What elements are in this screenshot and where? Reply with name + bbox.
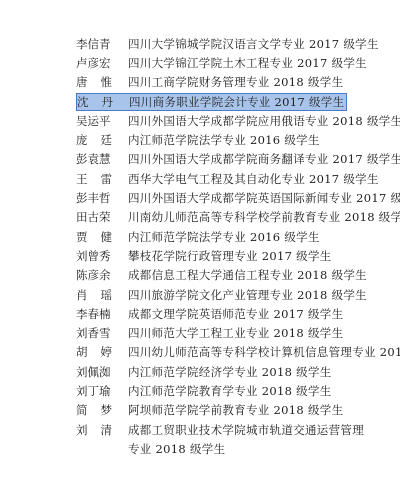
student-name: 贾健 — [76, 229, 128, 245]
list-item: 刘曾秀攀枝花学院行政管理专业 2017 级学生 — [76, 246, 400, 265]
student-description: 攀枝花学院行政管理专业 2017 级学生 — [128, 248, 332, 264]
student-description: 四川大学锦江学院土木工程专业 2017 级学生 — [128, 55, 367, 71]
list-item: 李信青四川大学锦城学院汉语言文学专业 2017 级学生 — [76, 34, 400, 53]
student-list: 李信青四川大学锦城学院汉语言文学专业 2017 级学生卢彦宏四川大学锦江学院土木… — [76, 34, 400, 459]
document-page: 李信青四川大学锦城学院汉语言文学专业 2017 级学生卢彦宏四川大学锦江学院土木… — [0, 0, 400, 487]
student-description: 四川幼儿师范高等专科学校计算机信息管理专业 2018 级学生 — [128, 344, 400, 360]
student-name: 刘曾秀 — [76, 248, 128, 264]
student-name: 刘佩洳 — [76, 364, 128, 380]
student-name: 卢彦宏 — [76, 55, 128, 71]
student-name: 沈丹 — [76, 93, 129, 111]
student-name: 庞廷 — [76, 132, 128, 148]
student-description: 内江师范学院经济学专业 2018 级学生 — [128, 364, 332, 380]
list-item: 刘佩洳内江师范学院经济学专业 2018 级学生 — [76, 362, 400, 381]
list-item: 肖瑶四川旅游学院文化产业管理专业 2018 级学生 — [76, 285, 400, 304]
student-description: 成都工贸职业技术学院城市轨道交通运营管理 — [128, 422, 364, 438]
student-name: 陈彦余 — [76, 267, 128, 283]
list-item: 田古荣川南幼儿师范高等专科学校学前教育专业 2018 级学生 — [76, 208, 400, 227]
student-description: 四川大学锦城学院汉语言文学专业 2017 级学生 — [128, 36, 379, 52]
list-item: 胡婷四川幼儿师范高等专科学校计算机信息管理专业 2018 级学生 — [76, 343, 400, 362]
student-name: 田古荣 — [76, 209, 128, 225]
student-name: 彭丰哲 — [76, 190, 128, 206]
student-name: 李春楠 — [76, 306, 128, 322]
student-description: 内江师范学院教育学专业 2018 级学生 — [128, 383, 332, 399]
student-description: 西华大学电气工程及其自动化专业 2017 级学生 — [128, 171, 379, 187]
list-item: 简梦阿坝师范学院学前教育专业 2018 级学生 — [76, 401, 400, 420]
student-name: 胡婷 — [76, 344, 128, 360]
list-item: 贾健内江师范学院法学专业 2016 级学生 — [76, 227, 400, 246]
list-item: 刘清成都工贸职业技术学院城市轨道交通运营管理 — [76, 420, 400, 439]
student-name: 刘清 — [76, 422, 128, 438]
list-item: 彭丰哲四川外国语大学成都学院英语国际新闻专业 2017 级学生 — [76, 188, 400, 207]
student-description: 四川外国语大学成都学院商务翻译专业 2017 级学生 — [128, 151, 400, 167]
student-name: 王雷 — [76, 171, 128, 187]
student-name: 李信青 — [76, 36, 128, 52]
list-item: 陈彦余成都信息工程大学通信工程专业 2018 级学生 — [76, 266, 400, 285]
student-name: 肖瑶 — [76, 287, 128, 303]
student-name: 吴运平 — [76, 113, 128, 129]
student-description: 四川工商学院财务管理专业 2018 级学生 — [128, 74, 343, 90]
student-description: 专业 2018 级学生 — [128, 441, 225, 457]
student-description: 阿坝师范学院学前教育专业 2018 级学生 — [128, 402, 343, 418]
list-item: 王雷西华大学电气工程及其自动化专业 2017 级学生 — [76, 169, 400, 188]
list-item: 庞廷内江师范学院法学专业 2016 级学生 — [76, 130, 400, 149]
list-item: 吴运平四川外国语大学成都学院应用俄语专业 2018 级学生 — [76, 111, 400, 130]
list-item: 专业 2018 级学生 — [76, 439, 400, 458]
student-description: 四川师范大学工程工业专业 2018 级学生 — [128, 325, 343, 341]
list-item: 唐惟四川工商学院财务管理专业 2018 级学生 — [76, 73, 400, 92]
list-item-selected: 沈丹四川商务职业学院会计专业 2017 级学生 — [76, 92, 400, 111]
student-description: 四川外国语大学成都学院应用俄语专业 2018 级学生 — [128, 113, 400, 129]
list-item: 彭袁慧四川外国语大学成都学院商务翻译专业 2017 级学生 — [76, 150, 400, 169]
student-description: 四川商务职业学院会计专业 2017 级学生 — [129, 93, 347, 111]
student-description: 川南幼儿师范高等专科学校学前教育专业 2018 级学生 — [128, 209, 400, 225]
student-description: 成都文理学院英语师范专业 2017 级学生 — [128, 306, 343, 322]
student-description: 成都信息工程大学通信工程专业 2018 级学生 — [128, 267, 367, 283]
student-name: 刘丁瑜 — [76, 383, 128, 399]
list-item: 李春楠成都文理学院英语师范专业 2017 级学生 — [76, 304, 400, 323]
list-item: 刘丁瑜内江师范学院教育学专业 2018 级学生 — [76, 381, 400, 400]
student-name: 简梦 — [76, 402, 128, 418]
list-item: 卢彦宏四川大学锦江学院土木工程专业 2017 级学生 — [76, 53, 400, 72]
student-description: 内江师范学院法学专业 2016 级学生 — [128, 132, 320, 148]
student-name: 刘香雪 — [76, 325, 128, 341]
student-description: 内江师范学院法学专业 2016 级学生 — [128, 229, 320, 245]
student-description: 四川外国语大学成都学院英语国际新闻专业 2017 级学生 — [128, 190, 400, 206]
student-name: 彭袁慧 — [76, 151, 128, 167]
student-name: 唐惟 — [76, 74, 128, 90]
student-description: 四川旅游学院文化产业管理专业 2018 级学生 — [128, 287, 367, 303]
list-item: 刘香雪四川师范大学工程工业专业 2018 级学生 — [76, 323, 400, 342]
